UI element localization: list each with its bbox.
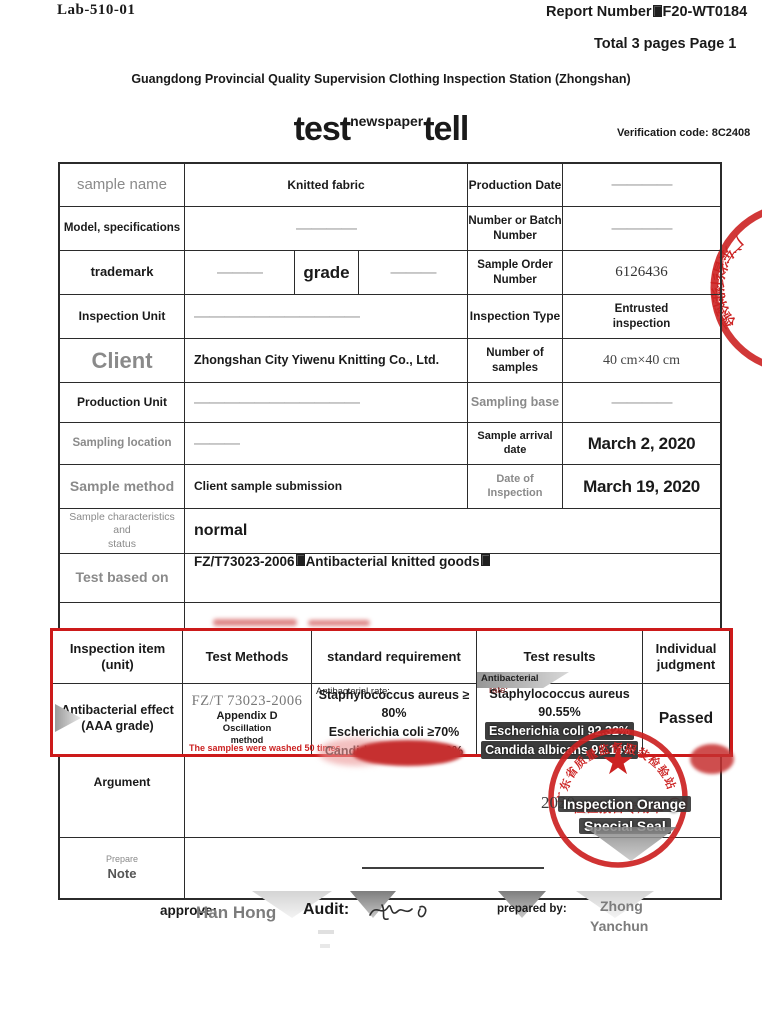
row-client: Client Zhongshan City Yiwenu Knitting Co… (60, 339, 720, 383)
inspection-type-label: Inspection Type (468, 295, 563, 339)
inspection-date-value: March 19, 2020 (563, 465, 720, 509)
title-word-newspaper: newspaper (350, 113, 423, 129)
model-value: ———— (185, 207, 468, 251)
prepared-name-line1: Zhong (600, 898, 643, 914)
inspection-unit-value: ——————————— (185, 295, 468, 339)
header-inspection-item: Inspection item (unit) (53, 631, 183, 684)
inspection-type-line2: inspection (613, 317, 671, 331)
seal-star-icon: ★ (601, 741, 635, 783)
lab-code: Lab-510-01 (57, 2, 135, 19)
argument-label: Argument (60, 757, 185, 838)
sample-method-value: Client sample submission (185, 465, 468, 509)
faded-mark (320, 944, 330, 948)
note-label: Prepare Note (60, 838, 185, 898)
samples-count-value: 40 cm×40 cm (563, 339, 720, 383)
audit-label: Audit: (303, 901, 349, 919)
row-empty (60, 603, 720, 630)
test-based-label: Test based on (60, 554, 185, 603)
inspection-report-page: Lab-510-01 Report NumberF20-WT0184 Total… (0, 0, 762, 1015)
test-methods-cell: FZ/T 73023-2006 Appendix D Oscillation m… (183, 684, 312, 754)
organization-name: Guangdong Provincial Quality Supervision… (0, 72, 762, 86)
note-label-small: Prepare (106, 854, 138, 865)
row-inspection-unit: Inspection Unit ——————————— Inspection T… (60, 295, 720, 339)
tofu-glyph (481, 554, 490, 566)
client-label: Client (60, 339, 185, 383)
sampling-location-value: ——— (185, 423, 468, 465)
row-test-based-on: Test based on FZ/T73023-2006Antibacteria… (60, 554, 720, 603)
inspection-type-line1: Entrusted (615, 302, 669, 316)
method-standard: FZ/T 73023-2006 (192, 692, 303, 710)
order-label-line2: Number (493, 273, 536, 287)
empty-cell (60, 603, 185, 630)
production-unit-value: ——————————— (185, 383, 468, 423)
method-appendix: Appendix D (216, 710, 277, 724)
tofu-glyph (653, 5, 662, 17)
approve-name: Han Hong (196, 903, 276, 923)
grade-label: grade (295, 251, 359, 295)
red-stamp-blob (352, 740, 464, 766)
inspection-unit-label: Inspection Unit (60, 295, 185, 339)
grade-value: ——— (359, 251, 468, 295)
characteristics-label: Sample characteristics and status (60, 509, 185, 554)
sampling-location-label: Sampling location (60, 423, 185, 465)
pages-info: Total 3 pages Page 1 (594, 36, 736, 52)
model-label: Model, specifications (60, 207, 185, 251)
row-model: Model, specifications ———— Number or Bat… (60, 207, 720, 251)
sampling-base-label: Sampling base (468, 383, 563, 423)
report-number-label: Report Number (546, 4, 652, 20)
row-trademark: trademark ——— grade ——— Sample Order Num… (60, 251, 720, 295)
header-individual-judgment: Individual judgment (643, 631, 730, 684)
arrival-date-label: Sample arrival date (468, 423, 563, 465)
res-rate-label-line2: rate: (489, 685, 508, 697)
batch-value: ———— (563, 207, 720, 251)
results-header-row: Inspection item (unit) Test Methods stan… (53, 631, 730, 684)
row-sample-method: Sample method Client sample submission D… (60, 465, 720, 509)
order-number-label: Sample Order Number (468, 251, 563, 295)
sample-name-value: Knitted fabric (185, 164, 468, 207)
verification-code: Verification code: 8C2408 (617, 127, 750, 139)
inspection-item-cell: Antibacterial effect (AAA grade) (53, 684, 183, 754)
characteristics-label-line1: Sample characteristics and (60, 511, 184, 537)
row-characteristics: Sample characteristics and status normal (60, 509, 720, 554)
row-sample-name: sample name Knitted fabric Production Da… (60, 164, 720, 207)
prepared-name-line2: Yanchun (590, 918, 648, 934)
client-value: Zhongshan City Yiwenu Knitting Co., Ltd. (185, 339, 468, 383)
note-label-main: Note (108, 866, 137, 882)
order-label-line1: Sample Order (477, 258, 552, 272)
judgment-header-line1: Individual (656, 641, 717, 657)
sample-name-label: sample name (60, 164, 185, 207)
note-underline (362, 867, 544, 869)
arrival-date-value: March 2, 2020 (563, 423, 720, 465)
header-standard-requirement: standard requirement (312, 631, 477, 684)
inspection-type-value: Entrusted inspection (563, 295, 720, 339)
trademark-value: ——— (185, 251, 295, 295)
batch-label: Number or Batch Number (468, 207, 563, 251)
faded-mark (318, 930, 334, 934)
red-smudge (308, 620, 370, 626)
row-production-unit: Production Unit ——————————— Sampling bas… (60, 383, 720, 423)
method-oscillation: Oscillation (223, 723, 272, 735)
title-word-test: test (294, 110, 350, 148)
production-unit-label: Production Unit (60, 383, 185, 423)
row-sampling-location: Sampling location ——— Sample arrival dat… (60, 423, 720, 465)
res-rate-label-line1: Antibacterial (481, 673, 539, 685)
test-based-prefix: FZ/T73023-2006 (194, 554, 295, 571)
judgment-header-line2: judgment (657, 657, 716, 673)
characteristics-label-line2: status (108, 538, 136, 551)
batch-label-line2: Number (493, 229, 536, 243)
audit-signature (362, 895, 442, 927)
production-date-label: Production Date (468, 164, 563, 207)
report-number: Report NumberF20-WT0184 (546, 4, 747, 20)
test-based-value: FZ/T73023-2006Antibacterial knitted good… (185, 554, 720, 603)
header-test-methods: Test Methods (183, 631, 312, 684)
title-word-tell: tell (423, 110, 468, 148)
batch-label-line1: Number or Batch (468, 214, 561, 228)
samples-count-label: Number of samples (468, 339, 563, 383)
seal-overlay-line1: Inspection Orange (558, 796, 691, 812)
req-rate-label: Antibacterial rate: (316, 686, 390, 698)
trademark-label: trademark (60, 251, 185, 295)
item-name-line2: (AAA grade) (81, 719, 153, 735)
test-based-title: Antibacterial knitted goods (306, 554, 480, 571)
production-date-value: ———— (563, 164, 720, 207)
sampling-base-value: ———— (563, 383, 720, 423)
tofu-glyph (296, 554, 305, 566)
characteristics-value: normal (185, 509, 720, 554)
sample-method-label: Sample method (60, 465, 185, 509)
inspection-date-label: Date of Inspection (468, 465, 563, 509)
red-smudge (213, 619, 297, 626)
order-number-value: 6126436 (563, 251, 720, 295)
report-number-value: F20-WT0184 (663, 4, 748, 20)
prepared-by-label: prepared by: (497, 903, 567, 915)
